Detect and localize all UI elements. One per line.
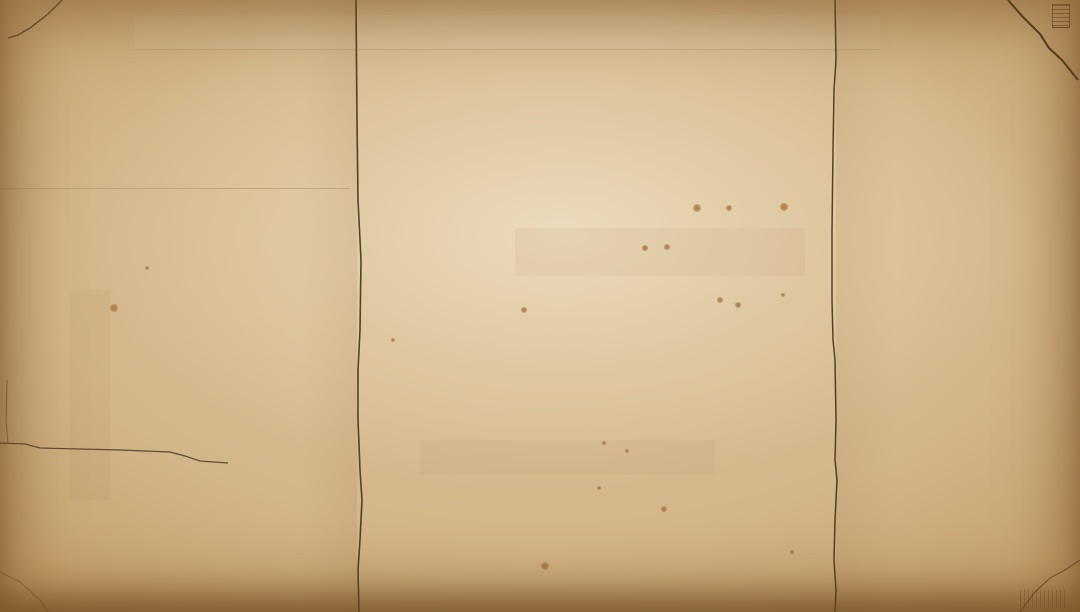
- edge-darkening: [0, 0, 1080, 612]
- crack-left-horizontal: [0, 443, 228, 463]
- ghost-block-left: [70, 290, 110, 500]
- stain-spot: [521, 307, 527, 313]
- stain-spot: [602, 441, 606, 445]
- corner-stamp-bottom-right: [1020, 590, 1065, 608]
- stain-spot: [541, 562, 549, 570]
- crease-left: [356, 0, 362, 612]
- stain-spot: [642, 245, 648, 251]
- stain-spot: [735, 302, 741, 308]
- ghost-block-center: [515, 228, 805, 276]
- stain-spot: [661, 506, 667, 512]
- fold-creases: [0, 0, 1080, 612]
- stain-spot: [664, 244, 670, 250]
- crack-bottom-left: [0, 572, 48, 612]
- ghost-band-top: [135, 15, 880, 50]
- right-panel-shade: [836, 0, 896, 612]
- ghost-band-left: [0, 188, 350, 195]
- ghost-block-bottom: [420, 440, 715, 475]
- crack-top-left: [8, 0, 62, 38]
- aged-paper-texture: [0, 0, 1080, 612]
- stain-spot: [110, 304, 118, 312]
- stain-spot: [145, 266, 149, 270]
- stain-spot: [781, 293, 785, 297]
- stain-spot: [597, 486, 601, 490]
- stain-spot: [780, 203, 788, 211]
- stain-spot: [625, 449, 629, 453]
- crack-left-vertical: [6, 380, 8, 443]
- left-panel-shade: [300, 0, 357, 612]
- crease-right: [832, 0, 837, 612]
- stain-spot: [693, 204, 701, 212]
- stain-spot: [717, 297, 723, 303]
- stain-spot: [790, 550, 794, 554]
- corner-stamp-top-right: [1052, 4, 1070, 28]
- stain-spot: [391, 338, 395, 342]
- stain-spot: [726, 205, 732, 211]
